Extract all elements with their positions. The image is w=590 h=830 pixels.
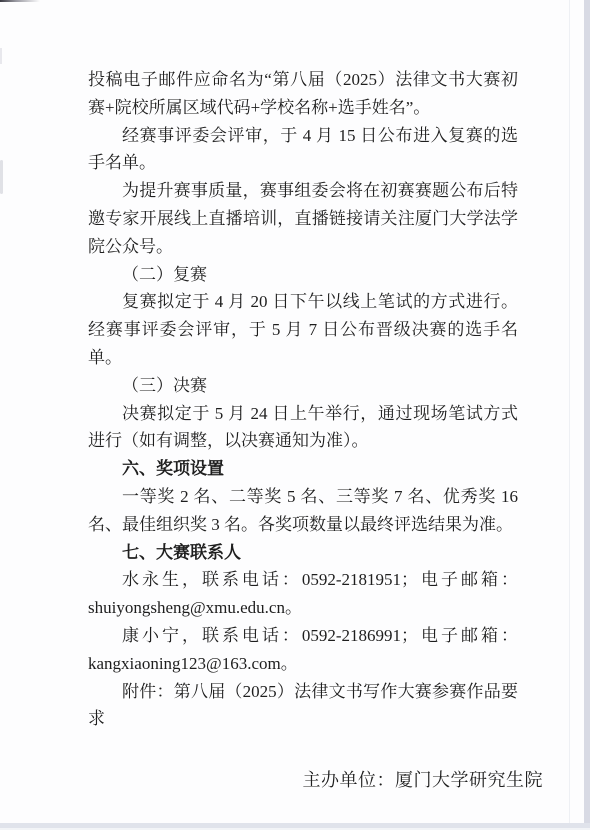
paragraph-11: 水永生，联系电话：0592-2181951；电子邮箱：shuiyongsheng… <box>88 566 518 622</box>
page-right-edge-strip <box>584 0 590 830</box>
page-edge-faint-line <box>569 0 570 830</box>
paragraph-13: 附件：第八届（2025）法律文书写作大赛参赛作品要求 <box>88 678 518 734</box>
paragraph-4: （二）复赛 <box>88 261 518 289</box>
scan-artifact-top-line <box>0 0 40 2</box>
paragraph-7: 决赛拟定于 5 月 24 日上午举行，通过现场笔试方式进行（如有调整，以决赛通知… <box>88 400 518 456</box>
paragraph-10: 七、大赛联系人 <box>88 539 518 567</box>
paragraph-5: 复赛拟定于 4 月 20 日下午以线上笔试的方式进行。经赛事评委会评审，于 5 … <box>88 288 518 371</box>
scan-artifact-left-smudge <box>0 160 3 194</box>
paragraph-9: 一等奖 2 名、二等奖 5 名、三等奖 7 名、优秀奖 16 名、最佳组织奖 3… <box>88 483 518 539</box>
scan-artifact-left-smudge-small <box>0 48 2 64</box>
paragraph-1: 投稿电子邮件应命名为“第八届（2025）法律文书大赛初赛+院校所属区域代码+学校… <box>88 66 518 122</box>
document-page: 投稿电子邮件应命名为“第八届（2025）法律文书大赛初赛+院校所属区域代码+学校… <box>0 0 590 830</box>
paragraph-2: 经赛事评委会评审，于 4 月 15 日公布进入复赛的选手名单。 <box>88 122 518 178</box>
paragraph-8: 六、奖项设置 <box>88 455 518 483</box>
document-text-block: 投稿电子邮件应命名为“第八届（2025）法律文书大赛初赛+院校所属区域代码+学校… <box>88 66 518 795</box>
paragraph-12: 康小宁，联系电话：0592-2186991；电子邮箱：kangxiaoning1… <box>88 622 518 678</box>
paragraph-3: 为提升赛事质量，赛事组委会将在初赛赛题公布后特邀专家开展线上直播培训，直播链接请… <box>88 177 518 260</box>
host-organization-signoff: 主办单位：厦门大学研究生院 <box>88 767 543 795</box>
paragraph-list: 投稿电子邮件应命名为“第八届（2025）法律文书大赛初赛+院校所属区域代码+学校… <box>88 66 518 733</box>
paragraph-6: （三）决赛 <box>88 372 518 400</box>
